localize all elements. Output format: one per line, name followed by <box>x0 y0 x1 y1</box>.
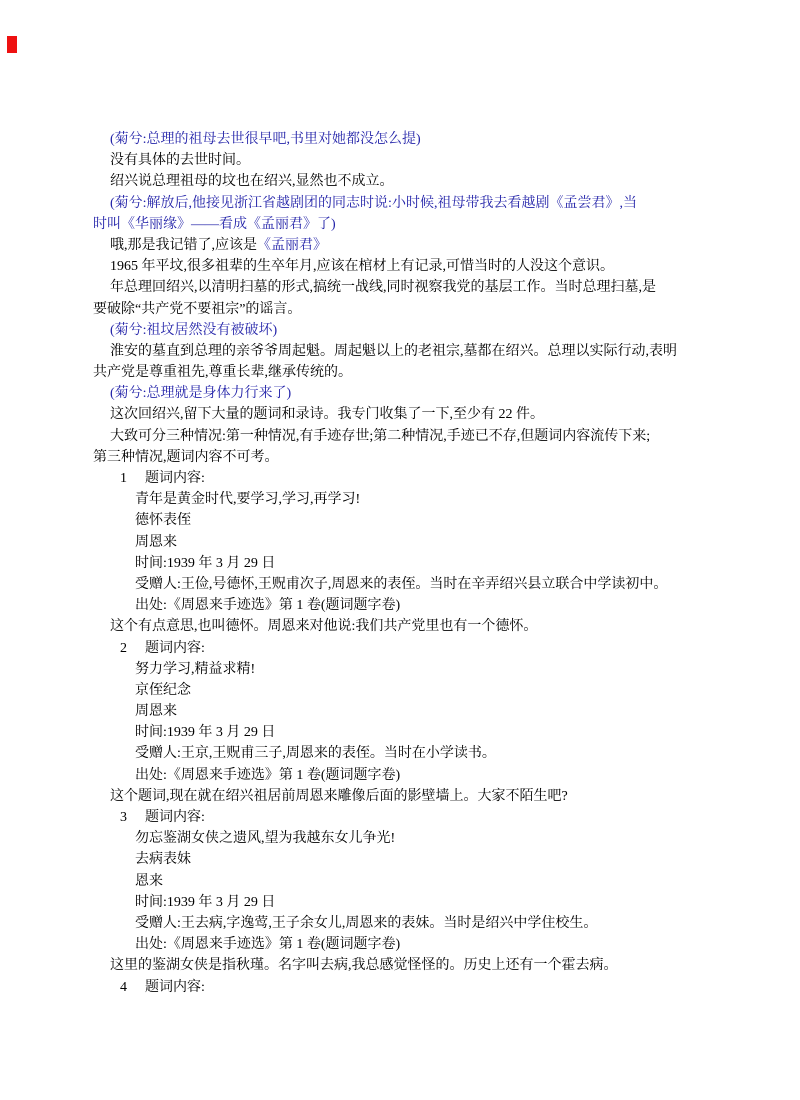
paragraph-line: 受赠人:王去病,字逸莺,王子余女儿,周恩来的表妹。当时是绍兴中学住校生。 <box>93 913 753 934</box>
body-text: 没有具体的去世时间。 <box>110 153 250 168</box>
document-page: { "page": { "background_color": "#ffffff… <box>0 0 800 1100</box>
body-text: 要破除“共产党不要祖宗”的谣言。 <box>93 302 301 317</box>
body-text: 这次回绍兴,留下大量的题词和录诗。我专门收集了一下,至少有 22 件。 <box>110 407 544 422</box>
paragraph-line: 努力学习,精益求精! <box>93 659 753 680</box>
body-text: 努力学习,精益求精! <box>135 662 255 677</box>
item-number: 2 <box>120 638 145 659</box>
paragraph-line: 去病表妹 <box>93 849 753 870</box>
paragraph-line: 这个题词,现在就在绍兴祖居前周恩来雕像后面的影壁墙上。大家不陌生吧? <box>93 786 753 807</box>
item-number-line: 4题词内容: <box>93 977 753 998</box>
paragraph-line: 没有具体的去世时间。 <box>93 150 753 171</box>
body-text: 1965 年平坟,很多祖辈的生卒年月,应该在棺材上有记录,可惜当时的人没这个意识… <box>110 259 614 274</box>
paragraph-line: 这个有点意思,也叫德怀。周恩来对他说:我们共产党里也有一个德怀。 <box>93 616 753 637</box>
body-text: 出处:《周恩来手迹选》第 1 卷(题词题字卷) <box>135 598 400 613</box>
body-text: 年总理回绍兴,以清明扫墓的形式,搞统一战线,同时视察我党的基层工作。当时总理扫墓… <box>110 280 656 295</box>
body-text: 哦,那是我记错了,应该是 <box>110 238 257 253</box>
annotation-line: (菊兮:祖坟居然没有被破坏) <box>93 320 753 341</box>
paragraph-line: 共产党是尊重祖先,尊重长辈,继承传统的。 <box>93 362 753 383</box>
body-text: 时间:1939 年 3 月 29 日 <box>135 895 275 910</box>
paragraph-line: 勿忘鉴湖女侠之遗风,望为我越东女儿争光! <box>93 828 753 849</box>
item-label: 题词内容: <box>145 810 205 825</box>
item-number: 1 <box>120 468 145 489</box>
paragraph-line: 受赠人:王俭,号德怀,王贶甫次子,周恩来的表侄。当时在辛弄绍兴县立联合中学读初中… <box>93 574 753 595</box>
paragraph-line: 出处:《周恩来手迹选》第 1 卷(题词题字卷) <box>93 934 753 955</box>
body-text: 时间:1939 年 3 月 29 日 <box>135 556 275 571</box>
paragraph-line: 时间:1939 年 3 月 29 日 <box>93 553 753 574</box>
body-text: 受赠人:王去病,字逸莺,王子余女儿,周恩来的表妹。当时是绍兴中学住校生。 <box>135 916 597 931</box>
paragraph-line: 时间:1939 年 3 月 29 日 <box>93 722 753 743</box>
annotation-line: 时叫《华丽缘》——看成《孟丽君》了) <box>93 214 753 235</box>
body-text: 时间:1939 年 3 月 29 日 <box>135 725 275 740</box>
paragraph-line: 哦,那是我记错了,应该是《孟丽君》 <box>93 235 753 256</box>
red-corner-mark <box>7 36 17 53</box>
annotation-text: 《孟丽君》 <box>257 238 327 253</box>
body-text: 受赠人:王俭,号德怀,王贶甫次子,周恩来的表侄。当时在辛弄绍兴县立联合中学读初中… <box>135 577 667 592</box>
annotation-text: (菊兮:总理的祖母去世很早吧,书里对她都没怎么提) <box>110 132 421 147</box>
paragraph-line: 淮安的墓直到总理的亲爷爷周起魁。周起魁以上的老祖宗,墓都在绍兴。总理以实际行动,… <box>93 341 753 362</box>
body-text: 共产党是尊重祖先,尊重长辈,继承传统的。 <box>93 365 352 380</box>
paragraph-line: 年总理回绍兴,以清明扫墓的形式,搞统一战线,同时视察我党的基层工作。当时总理扫墓… <box>93 277 753 298</box>
item-label: 题词内容: <box>145 641 205 656</box>
body-text: 这里的鉴湖女侠是指秋瑾。名字叫去病,我总感觉怪怪的。历史上还有一个霍去病。 <box>110 958 618 973</box>
paragraph-line: 受赠人:王京,王贶甫三子,周恩来的表侄。当时在小学读书。 <box>93 743 753 764</box>
paragraph-line: 周恩来 <box>93 701 753 722</box>
body-text: 第三种情况,题词内容不可考。 <box>93 450 279 465</box>
paragraph-line: 这里的鉴湖女侠是指秋瑾。名字叫去病,我总感觉怪怪的。历史上还有一个霍去病。 <box>93 955 753 976</box>
item-number-line: 1题词内容: <box>93 468 753 489</box>
body-text: 京侄纪念 <box>135 683 191 698</box>
paragraph-line: 大致可分三种情况:第一种情况,有手迹存世;第二种情况,手迹已不存,但题词内容流传… <box>93 426 753 447</box>
body-text: 去病表妹 <box>135 852 191 867</box>
paragraph-line: 1965 年平坟,很多祖辈的生卒年月,应该在棺材上有记录,可惜当时的人没这个意识… <box>93 256 753 277</box>
body-text: 勿忘鉴湖女侠之遗风,望为我越东女儿争光! <box>135 831 395 846</box>
paragraph-line: 出处:《周恩来手迹选》第 1 卷(题词题字卷) <box>93 595 753 616</box>
body-text: 绍兴说总理祖母的坟也在绍兴,显然也不成立。 <box>110 174 394 189</box>
paragraph-line: 青年是黄金时代,要学习,学习,再学习! <box>93 489 753 510</box>
annotation-text: (菊兮:祖坟居然没有被破坏) <box>110 323 277 338</box>
annotation-text: (菊兮:总理就是身体力行来了) <box>110 386 291 401</box>
annotation-line: (菊兮:解放后,他接见浙江省越剧团的同志时说:小时候,祖母带我去看越剧《孟尝君》… <box>93 193 753 214</box>
body-text: 淮安的墓直到总理的亲爷爷周起魁。周起魁以上的老祖宗,墓都在绍兴。总理以实际行动,… <box>110 344 677 359</box>
document-body: (菊兮:总理的祖母去世很早吧,书里对她都没怎么提)没有具体的去世时间。绍兴说总理… <box>93 129 753 998</box>
paragraph-line: 这次回绍兴,留下大量的题词和录诗。我专门收集了一下,至少有 22 件。 <box>93 404 753 425</box>
paragraph-line: 绍兴说总理祖母的坟也在绍兴,显然也不成立。 <box>93 171 753 192</box>
paragraph-line: 出处:《周恩来手迹选》第 1 卷(题词题字卷) <box>93 765 753 786</box>
paragraph-line: 京侄纪念 <box>93 680 753 701</box>
body-text: 出处:《周恩来手迹选》第 1 卷(题词题字卷) <box>135 937 400 952</box>
annotation-text: (菊兮:解放后,他接见浙江省越剧团的同志时说:小时候,祖母带我去看越剧《孟尝君》… <box>110 196 637 211</box>
body-text: 大致可分三种情况:第一种情况,有手迹存世;第二种情况,手迹已不存,但题词内容流传… <box>110 429 650 444</box>
body-text: 受赠人:王京,王贶甫三子,周恩来的表侄。当时在小学读书。 <box>135 746 496 761</box>
body-text: 青年是黄金时代,要学习,学习,再学习! <box>135 492 360 507</box>
paragraph-line: 周恩来 <box>93 532 753 553</box>
annotation-line: (菊兮:总理的祖母去世很早吧,书里对她都没怎么提) <box>93 129 753 150</box>
item-number: 3 <box>120 807 145 828</box>
item-label: 题词内容: <box>145 980 205 995</box>
paragraph-line: 时间:1939 年 3 月 29 日 <box>93 892 753 913</box>
item-label: 题词内容: <box>145 471 205 486</box>
annotation-text: 时叫《华丽缘》——看成《孟丽君》了) <box>93 217 336 232</box>
body-text: 这个有点意思,也叫德怀。周恩来对他说:我们共产党里也有一个德怀。 <box>110 619 537 634</box>
annotation-line: (菊兮:总理就是身体力行来了) <box>93 383 753 404</box>
body-text: 周恩来 <box>135 535 177 550</box>
body-text: 出处:《周恩来手迹选》第 1 卷(题词题字卷) <box>135 768 400 783</box>
body-text: 周恩来 <box>135 704 177 719</box>
paragraph-line: 要破除“共产党不要祖宗”的谣言。 <box>93 299 753 320</box>
item-number: 4 <box>120 977 145 998</box>
body-text: 这个题词,现在就在绍兴祖居前周恩来雕像后面的影壁墙上。大家不陌生吧? <box>110 789 568 804</box>
paragraph-line: 第三种情况,题词内容不可考。 <box>93 447 753 468</box>
item-number-line: 2题词内容: <box>93 638 753 659</box>
paragraph-line: 德怀表侄 <box>93 510 753 531</box>
body-text: 德怀表侄 <box>135 513 191 528</box>
paragraph-line: 恩来 <box>93 871 753 892</box>
body-text: 恩来 <box>135 874 163 889</box>
item-number-line: 3题词内容: <box>93 807 753 828</box>
